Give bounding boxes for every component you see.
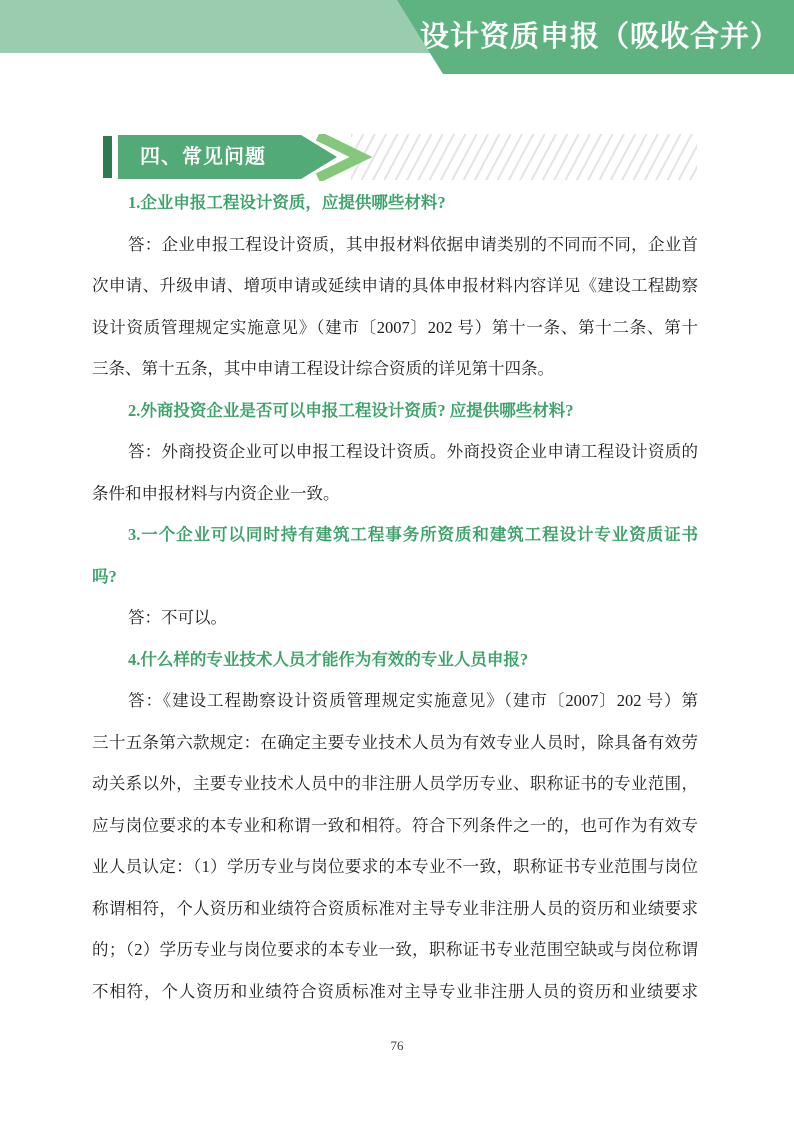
faq-question-4: 3.一个企业可以同时持有建筑工程事务所资质和建筑工程设计专业资质证书吗? <box>92 514 698 597</box>
faq-question-line: 4.什么样的专业技术人员才能作为有效的专业人员申报? <box>92 639 698 681</box>
faq-question-0: 1.企业申报工程设计资质，应提供哪些材料? <box>92 182 698 224</box>
faq-answer-3: 答：外商投资企业可以申报工程设计资质。外商投资企业申请工程设计资质的条件和申报材… <box>92 431 698 514</box>
faq-answer-line: 的；（2）学历专业与岗位要求的本专业一致，职称证书专业范围空缺或与岗位称谓 <box>92 929 698 971</box>
faq-answer-line: 称谓相符，个人资历和业绩符合资质标准对主导专业非注册人员的资历和业绩要求 <box>92 888 698 930</box>
faq-question-2: 2.外商投资企业是否可以申报工程设计资质? 应提供哪些材料? <box>92 390 698 432</box>
faq-answer-5: 答：不可以。 <box>92 597 698 639</box>
faq-answer-line: 动关系以外，主要专业技术人员中的非注册人员学历专业、职称证书的专业范围， <box>92 763 698 805</box>
faq-answer-line: 答：企业申报工程设计资质，其申报材料依据申请类别的不同而不同，企业首 <box>92 224 698 266</box>
section-banner: 四、常见问题 <box>103 134 703 181</box>
faq-answer-line: 条件和申报材料与内资企业一致。 <box>92 473 698 515</box>
banner-accent-bar <box>103 136 112 178</box>
faq-answer-7: 答：《建设工程勘察设计资质管理规定实施意见》（建市〔2007〕202 号）第三十… <box>92 680 698 1012</box>
faq-question-line: 2.外商投资企业是否可以申报工程设计资质? 应提供哪些材料? <box>92 390 698 432</box>
faq-answer-1: 答：企业申报工程设计资质，其申报材料依据申请类别的不同而不同，企业首次申请、升级… <box>92 224 698 390</box>
faq-answer-line: 次申请、升级申请、增项申请或延续申请的具体申报材料内容详见《建设工程勘察 <box>92 265 698 307</box>
header-light-band <box>0 0 440 53</box>
faq-content: 1.企业申报工程设计资质，应提供哪些材料?答：企业申报工程设计资质，其申报材料依… <box>92 182 698 1012</box>
faq-answer-line: 三十五条第六款规定：在确定主要专业技术人员为有效专业人员时，除具备有效劳 <box>92 722 698 764</box>
diagonal-stripes-decoration <box>351 134 697 180</box>
page-title: 设计资质申报（吸收合并） <box>420 21 780 53</box>
faq-question-line: 1.企业申报工程设计资质，应提供哪些材料? <box>92 182 698 224</box>
faq-answer-line: 应与岗位要求的本专业和称谓一致和相符。符合下列条件之一的，也可作为有效专 <box>92 805 698 847</box>
header-title-ribbon: 设计资质申报（吸收合并） <box>390 0 794 74</box>
faq-answer-line: 答：外商投资企业可以申报工程设计资质。外商投资企业申请工程设计资质的 <box>92 431 698 473</box>
faq-answer-line: 业人员认定：（1）学历专业与岗位要求的本专业不一致，职称证书专业范围与岗位 <box>92 846 698 888</box>
page-number: 76 <box>0 1038 794 1054</box>
faq-answer-line: 设计资质管理规定实施意见》（建市〔2007〕202 号）第十一条、第十二条、第十 <box>92 307 698 349</box>
faq-question-line: 吗? <box>92 556 698 598</box>
section-title: 四、常见问题 <box>113 134 293 180</box>
faq-question-6: 4.什么样的专业技术人员才能作为有效的专业人员申报? <box>92 639 698 681</box>
faq-answer-line: 答：《建设工程勘察设计资质管理规定实施意见》（建市〔2007〕202 号）第 <box>92 680 698 722</box>
faq-answer-line: 三条、第十五条，其中申请工程设计综合资质的详见第十四条。 <box>92 348 698 390</box>
faq-answer-line: 不相符，个人资历和业绩符合资质标准对主导专业非注册人员的资历和业绩要求的； <box>92 971 698 1013</box>
document-page: 设计资质申报（吸收合并） 四、常见问题 1.企业申报工程设计资质，应提供哪些材料… <box>0 0 794 1123</box>
faq-question-line: 3.一个企业可以同时持有建筑工程事务所资质和建筑工程设计专业资质证书 <box>92 514 698 556</box>
faq-answer-line: 答：不可以。 <box>92 597 698 639</box>
